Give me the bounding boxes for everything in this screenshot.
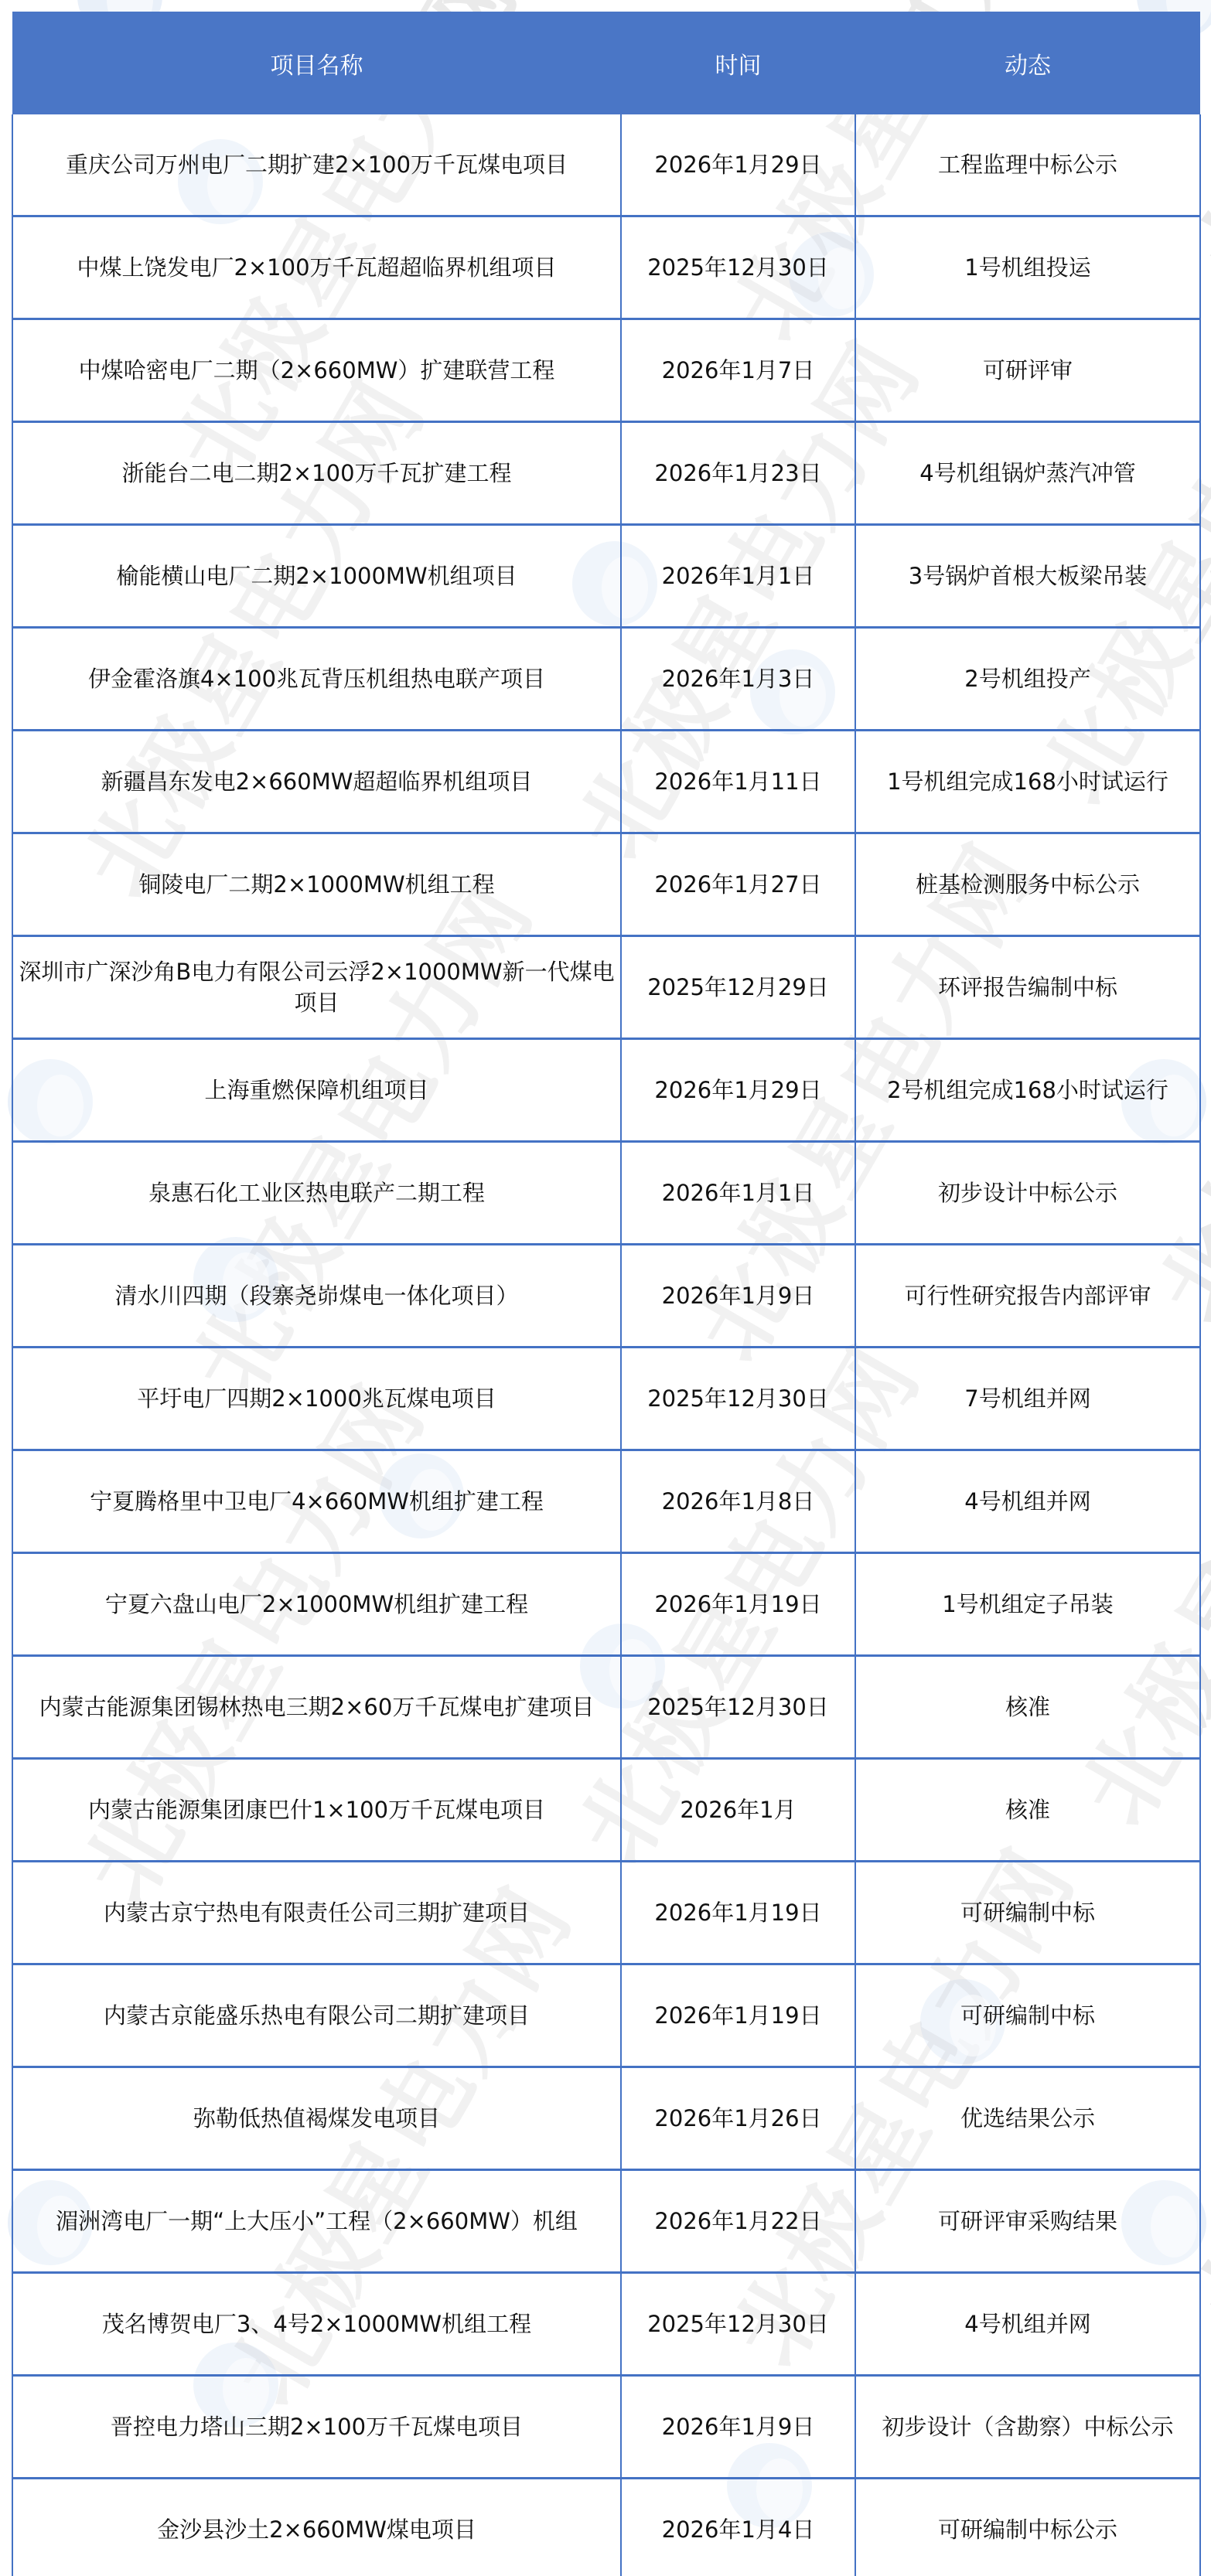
table-row: 伊金霍洛旗4×100兆瓦背压机组热电联产项目2026年1月3日2号机组投产 xyxy=(12,628,1200,731)
cell-time: 2026年1月9日 xyxy=(621,1245,855,1348)
cell-project-name: 榆能横山电厂二期2×1000MW机组项目 xyxy=(12,525,621,628)
table-row: 内蒙古京宁热电有限责任公司三期扩建项目2026年1月19日可研编制中标 xyxy=(12,1862,1200,1964)
cell-time: 2026年1月19日 xyxy=(621,1862,855,1964)
cell-project-name: 浙能台二电二期2×100万千瓦扩建工程 xyxy=(12,422,621,525)
cell-project-name: 湄洲湾电厂一期“上大压小”工程（2×660MW）机组 xyxy=(12,2170,621,2273)
cell-status: 可研评审采购结果 xyxy=(855,2170,1200,2273)
cell-project-name: 内蒙古能源集团康巴什1×100万千瓦煤电项目 xyxy=(12,1759,621,1862)
cell-project-name: 清水川四期（段寨尧峁煤电一体化项目） xyxy=(12,1245,621,1348)
cell-time: 2026年1月29日 xyxy=(621,114,855,216)
cell-project-name: 上海重燃保障机组项目 xyxy=(12,1039,621,1142)
cell-status: 优选结果公示 xyxy=(855,2067,1200,2170)
cell-time: 2026年1月3日 xyxy=(621,628,855,731)
table-row: 上海重燃保障机组项目2026年1月29日2号机组完成168小时试运行 xyxy=(12,1039,1200,1142)
cell-project-name: 内蒙古京宁热电有限责任公司三期扩建项目 xyxy=(12,1862,621,1964)
cell-status: 核准 xyxy=(855,1656,1200,1759)
cell-project-name: 内蒙古京能盛乐热电有限公司二期扩建项目 xyxy=(12,1964,621,2067)
cell-status: 4号机组并网 xyxy=(855,1450,1200,1553)
table-row: 泉惠石化工业区热电联产二期工程2026年1月1日初步设计中标公示 xyxy=(12,1142,1200,1245)
table-row: 中煤哈密电厂二期（2×660MW）扩建联营工程2026年1月7日可研评审 xyxy=(12,319,1200,422)
cell-status: 可行性研究报告内部评审 xyxy=(855,1245,1200,1348)
cell-time: 2025年12月30日 xyxy=(621,1348,855,1450)
cell-project-name: 内蒙古能源集团锡林热电三期2×60万千瓦煤电扩建项目 xyxy=(12,1656,621,1759)
cell-status: 可研编制中标公示 xyxy=(855,2479,1200,2576)
cell-project-name: 中煤上饶发电厂2×100万千瓦超超临界机组项目 xyxy=(12,216,621,319)
cell-time: 2026年1月9日 xyxy=(621,2376,855,2479)
cell-time: 2026年1月19日 xyxy=(621,1553,855,1656)
cell-status: 4号机组并网 xyxy=(855,2273,1200,2376)
cell-status: 初步设计中标公示 xyxy=(855,1142,1200,1245)
cell-time: 2025年12月30日 xyxy=(621,216,855,319)
table-row: 榆能横山电厂二期2×1000MW机组项目2026年1月1日3号锅炉首根大板梁吊装 xyxy=(12,525,1200,628)
cell-project-name: 宁夏六盘山电厂2×1000MW机组扩建工程 xyxy=(12,1553,621,1656)
cell-status: 3号锅炉首根大板梁吊装 xyxy=(855,525,1200,628)
cell-project-name: 深圳市广深沙角B电力有限公司云浮2×1000MW新一代煤电项目 xyxy=(12,936,621,1039)
table-row: 新疆昌东发电2×660MW超超临界机组项目2026年1月11日1号机组完成168… xyxy=(12,731,1200,833)
table-row: 铜陵电厂二期2×1000MW机组工程2026年1月27日桩基检测服务中标公示 xyxy=(12,833,1200,936)
table-row: 湄洲湾电厂一期“上大压小”工程（2×660MW）机组2026年1月22日可研评审… xyxy=(12,2170,1200,2273)
table-row: 中煤上饶发电厂2×100万千瓦超超临界机组项目2025年12月30日1号机组投运 xyxy=(12,216,1200,319)
cell-project-name: 新疆昌东发电2×660MW超超临界机组项目 xyxy=(12,731,621,833)
cell-project-name: 宁夏腾格里中卫电厂4×660MW机组扩建工程 xyxy=(12,1450,621,1553)
cell-status: 可研编制中标 xyxy=(855,1964,1200,2067)
table-row: 深圳市广深沙角B电力有限公司云浮2×1000MW新一代煤电项目2025年12月2… xyxy=(12,936,1200,1039)
cell-time: 2026年1月19日 xyxy=(621,1964,855,2067)
cell-status: 1号机组完成168小时试运行 xyxy=(855,731,1200,833)
cell-project-name: 金沙县沙土2×660MW煤电项目 xyxy=(12,2479,621,2576)
table-row: 弥勒低热值褐煤发电项目2026年1月26日优选结果公示 xyxy=(12,2067,1200,2170)
cell-time: 2025年12月30日 xyxy=(621,1656,855,1759)
cell-time: 2026年1月26日 xyxy=(621,2067,855,2170)
cell-time: 2026年1月27日 xyxy=(621,833,855,936)
header-project-name: 项目名称 xyxy=(12,12,621,114)
cell-status: 1号机组定子吊装 xyxy=(855,1553,1200,1656)
cell-status: 可研评审 xyxy=(855,319,1200,422)
cell-status: 环评报告编制中标 xyxy=(855,936,1200,1039)
cell-project-name: 中煤哈密电厂二期（2×660MW）扩建联营工程 xyxy=(12,319,621,422)
cell-time: 2026年1月1日 xyxy=(621,525,855,628)
table-row: 平圩电厂四期2×1000兆瓦煤电项目2025年12月30日7号机组并网 xyxy=(12,1348,1200,1450)
table-row: 金沙县沙土2×660MW煤电项目2026年1月4日可研编制中标公示 xyxy=(12,2479,1200,2576)
cell-project-name: 弥勒低热值褐煤发电项目 xyxy=(12,2067,621,2170)
cell-project-name: 铜陵电厂二期2×1000MW机组工程 xyxy=(12,833,621,936)
table-row: 内蒙古能源集团康巴什1×100万千瓦煤电项目2026年1月核准 xyxy=(12,1759,1200,1862)
table-row: 宁夏六盘山电厂2×1000MW机组扩建工程2026年1月19日1号机组定子吊装 xyxy=(12,1553,1200,1656)
header-status: 动态 xyxy=(855,12,1200,114)
cell-status: 4号机组锅炉蒸汽冲管 xyxy=(855,422,1200,525)
header-time: 时间 xyxy=(621,12,855,114)
cell-status: 1号机组投运 xyxy=(855,216,1200,319)
cell-status: 2号机组完成168小时试运行 xyxy=(855,1039,1200,1142)
cell-project-name: 泉惠石化工业区热电联产二期工程 xyxy=(12,1142,621,1245)
table-row: 茂名博贺电厂3、4号2×1000MW机组工程2025年12月30日4号机组并网 xyxy=(12,2273,1200,2376)
table-row: 浙能台二电二期2×100万千瓦扩建工程2026年1月23日4号机组锅炉蒸汽冲管 xyxy=(12,422,1200,525)
cell-time: 2025年12月30日 xyxy=(621,2273,855,2376)
cell-project-name: 平圩电厂四期2×1000兆瓦煤电项目 xyxy=(12,1348,621,1450)
table-row: 内蒙古能源集团锡林热电三期2×60万千瓦煤电扩建项目2025年12月30日核准 xyxy=(12,1656,1200,1759)
cell-project-name: 伊金霍洛旗4×100兆瓦背压机组热电联产项目 xyxy=(12,628,621,731)
cell-time: 2026年1月11日 xyxy=(621,731,855,833)
cell-project-name: 重庆公司万州电厂二期扩建2×100万千瓦煤电项目 xyxy=(12,114,621,216)
cell-status: 2号机组投产 xyxy=(855,628,1200,731)
cell-time: 2026年1月23日 xyxy=(621,422,855,525)
table-row: 重庆公司万州电厂二期扩建2×100万千瓦煤电项目2026年1月29日工程监理中标… xyxy=(12,114,1200,216)
cell-status: 核准 xyxy=(855,1759,1200,1862)
cell-time: 2026年1月 xyxy=(621,1759,855,1862)
cell-status: 7号机组并网 xyxy=(855,1348,1200,1450)
cell-time: 2026年1月29日 xyxy=(621,1039,855,1142)
cell-time: 2026年1月7日 xyxy=(621,319,855,422)
cell-status: 可研编制中标 xyxy=(855,1862,1200,1964)
cell-status: 初步设计（含勘察）中标公示 xyxy=(855,2376,1200,2479)
cell-status: 工程监理中标公示 xyxy=(855,114,1200,216)
cell-time: 2025年12月29日 xyxy=(621,936,855,1039)
table-row: 晋控电力塔山三期2×100万千瓦煤电项目2026年1月9日初步设计（含勘察）中标… xyxy=(12,2376,1200,2479)
table-header-row: 项目名称 时间 动态 xyxy=(12,12,1200,114)
table-row: 宁夏腾格里中卫电厂4×660MW机组扩建工程2026年1月8日4号机组并网 xyxy=(12,1450,1200,1553)
cell-time: 2026年1月22日 xyxy=(621,2170,855,2273)
cell-time: 2026年1月1日 xyxy=(621,1142,855,1245)
cell-project-name: 茂名博贺电厂3、4号2×1000MW机组工程 xyxy=(12,2273,621,2376)
cell-time: 2026年1月8日 xyxy=(621,1450,855,1553)
table-row: 内蒙古京能盛乐热电有限公司二期扩建项目2026年1月19日可研编制中标 xyxy=(12,1964,1200,2067)
cell-project-name: 晋控电力塔山三期2×100万千瓦煤电项目 xyxy=(12,2376,621,2479)
cell-time: 2026年1月4日 xyxy=(621,2479,855,2576)
table-row: 清水川四期（段寨尧峁煤电一体化项目）2026年1月9日可行性研究报告内部评审 xyxy=(12,1245,1200,1348)
coal-power-projects-table: 项目名称 时间 动态 重庆公司万州电厂二期扩建2×100万千瓦煤电项目2026年… xyxy=(12,12,1201,2576)
cell-status: 桩基检测服务中标公示 xyxy=(855,833,1200,936)
